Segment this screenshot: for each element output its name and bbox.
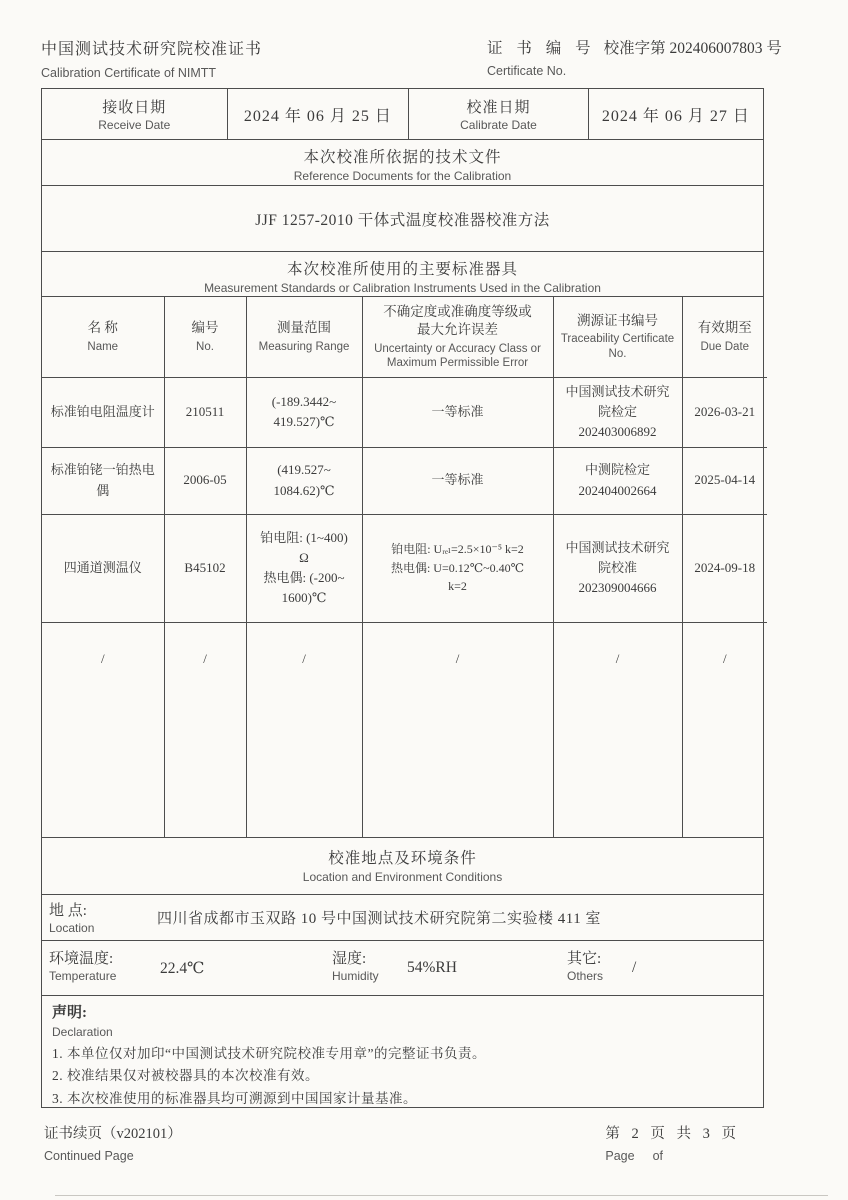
location-row: 地 点: Location 四川省成都市玉双路 10 号中国测试技术研究院第二实… bbox=[42, 894, 763, 940]
col-no-cn: 编号 bbox=[168, 319, 243, 337]
page-footer: 证书续页（v202101） Continued Page 第 2 页 共 3 页… bbox=[0, 1108, 848, 1163]
standards-section-header: 本次校准所使用的主要标准器具 Measurement Standards or … bbox=[42, 251, 763, 296]
certificate-number-label-cn: 证 书 编 号 bbox=[487, 40, 596, 57]
col-header-due: 有效期至 Due Date bbox=[682, 297, 767, 377]
continued-page-cn: 证书续页（v202101） bbox=[44, 1122, 182, 1143]
col-uncertainty-cn: 不确定度或准确度等级或 最大允许误差 bbox=[366, 303, 550, 339]
row3-no: B45102 bbox=[164, 514, 246, 622]
row1-no: 210511 bbox=[164, 377, 246, 447]
calibrate-date-label-cn: 校准日期 bbox=[467, 96, 531, 117]
declaration-item-3: 3. 本次校准使用的标准器具均可溯源到中国国家计量基准。 bbox=[52, 1088, 753, 1110]
col-name-en: Name bbox=[45, 340, 161, 354]
col-due-en: Due Date bbox=[686, 340, 765, 354]
environment-row: 环境温度: Temperature 22.4℃ 湿度: Humidity 54%… bbox=[42, 940, 763, 995]
col-header-traceability: 溯源证书编号 Traceability Certificate No. bbox=[553, 297, 682, 377]
standards-table: 名 称 Name 编号 No. 测量范围 Measuring Range 不确定… bbox=[42, 297, 767, 837]
row3-due: 2024-09-18 bbox=[682, 514, 767, 622]
calibrate-date-label-en: Calibrate Date bbox=[460, 118, 537, 132]
receive-date-label-cell: 接收日期 Receive Date bbox=[42, 89, 227, 139]
others-label-cn: 其它: bbox=[567, 947, 603, 968]
row2-range: (419.527~ 1084.62)℃ bbox=[246, 447, 362, 514]
temperature-value: 22.4℃ bbox=[160, 959, 204, 978]
humidity-label-block: 湿度: Humidity bbox=[332, 947, 379, 983]
standards-table-wrap: 名 称 Name 编号 No. 测量范围 Measuring Range 不确定… bbox=[42, 296, 763, 837]
location-label-block: 地 点: Location bbox=[49, 899, 94, 935]
document-header: 中国测试技术研究院校准证书 Calibration Certificate of… bbox=[0, 0, 848, 80]
col-header-no: 编号 No. bbox=[164, 297, 246, 377]
others-value: / bbox=[632, 959, 636, 977]
row2-uncertainty: 一等标准 bbox=[362, 447, 553, 514]
location-section-header: 校准地点及环境条件 Location and Environment Condi… bbox=[42, 837, 763, 894]
row1-range: (-189.3442~ 419.527)℃ bbox=[246, 377, 362, 447]
location-section-title-cn: 校准地点及环境条件 bbox=[42, 846, 763, 868]
standards-section-title-en: Measurement Standards or Calibration Ins… bbox=[42, 281, 763, 295]
reference-document-text: JJF 1257-2010 干体式温度校准器校准方法 bbox=[42, 185, 763, 251]
col-name-cn: 名 称 bbox=[45, 319, 161, 337]
reference-section-title-en: Reference Documents for the Calibration bbox=[42, 169, 763, 183]
issuer-title-cn: 中国测试技术研究院校准证书 bbox=[41, 36, 262, 59]
page-number-block: 第 2 页 共 3 页 Pageof bbox=[605, 1122, 740, 1163]
receive-date-label-en: Receive Date bbox=[98, 118, 170, 132]
standards-row-4: / / / / / / bbox=[42, 622, 767, 837]
certificate-number-value: 校准字第 202406007803 号 bbox=[604, 40, 782, 57]
humidity-value: 54%RH bbox=[407, 959, 457, 977]
location-value: 四川省成都市玉双路 10 号中国测试技术研究院第二实验楼 411 室 bbox=[157, 907, 601, 928]
row1-traceability: 中国测试技术研究 院检定 202403006892 bbox=[553, 377, 682, 447]
reference-section-title-cn: 本次校准所依据的技术文件 bbox=[42, 145, 763, 167]
col-header-range: 测量范围 Measuring Range bbox=[246, 297, 362, 377]
declaration-title-cn: 声明: bbox=[52, 1001, 753, 1022]
temperature-label-cn: 环境温度: bbox=[49, 947, 116, 968]
certificate-number-label-en: Certificate No. bbox=[487, 64, 792, 78]
row4-traceability: / bbox=[553, 622, 682, 837]
of-word: of bbox=[653, 1149, 663, 1163]
row3-name: 四通道测温仪 bbox=[42, 514, 164, 622]
calibrate-date-label-cell: 校准日期 Calibrate Date bbox=[408, 89, 588, 139]
temperature-label-block: 环境温度: Temperature bbox=[49, 947, 116, 983]
row2-name: 标准铂铑一铂热电 偶 bbox=[42, 447, 164, 514]
col-range-cn: 测量范围 bbox=[250, 319, 359, 337]
row2-no: 2006-05 bbox=[164, 447, 246, 514]
calibration-certificate-page: 中国测试技术研究院校准证书 Calibration Certificate of… bbox=[0, 0, 848, 1200]
calibrate-date-value-cell: 2024 年 06 月 27 日 bbox=[588, 89, 763, 139]
standards-row-2: 标准铂铑一铂热电 偶 2006-05 (419.527~ 1084.62)℃ 一… bbox=[42, 447, 767, 514]
col-range-en: Measuring Range bbox=[250, 340, 359, 354]
receive-date-label-cn: 接收日期 bbox=[102, 96, 166, 117]
row1-due: 2026-03-21 bbox=[682, 377, 767, 447]
page-number-cn: 第 2 页 共 3 页 bbox=[605, 1122, 740, 1143]
col-header-uncertainty: 不确定度或准确度等级或 最大允许误差 Uncertainty or Accura… bbox=[362, 297, 553, 377]
standards-row-3: 四通道测温仪 B45102 铂电阻: (1~400) Ω 热电偶: (-200~… bbox=[42, 514, 767, 622]
row4-name: / bbox=[42, 622, 164, 837]
temperature-label-en: Temperature bbox=[49, 969, 116, 983]
row2-due: 2025-04-14 bbox=[682, 447, 767, 514]
location-section-title-en: Location and Environment Conditions bbox=[42, 870, 763, 884]
certificate-number-line: 证 书 编 号校准字第 202406007803 号 bbox=[487, 36, 792, 58]
continued-page-en: Continued Page bbox=[44, 1149, 182, 1163]
row2-traceability: 中测院检定 202404002664 bbox=[553, 447, 682, 514]
declaration-item-2: 2. 校准结果仅对被校器具的本次校准有效。 bbox=[52, 1065, 753, 1087]
row4-uncertainty: / bbox=[362, 622, 553, 837]
issuer-title-en: Calibration Certificate of NIMTT bbox=[41, 66, 262, 80]
certificate-number-block: 证 书 编 号校准字第 202406007803 号 Certificate N… bbox=[487, 36, 792, 78]
continued-page-block: 证书续页（v202101） Continued Page bbox=[44, 1122, 182, 1163]
others-label-en: Others bbox=[567, 969, 603, 983]
location-label-en: Location bbox=[49, 921, 94, 935]
declaration-item-1: 1. 本单位仅对加印“中国测试技术研究院校准专用章”的完整证书负责。 bbox=[52, 1043, 753, 1065]
col-traceability-cn: 溯源证书编号 bbox=[557, 312, 679, 330]
row4-range: / bbox=[246, 622, 362, 837]
row4-no: / bbox=[164, 622, 246, 837]
humidity-label-cn: 湿度: bbox=[332, 947, 379, 968]
scan-edge-line bbox=[55, 1195, 828, 1196]
dates-row: 接收日期 Receive Date 2024 年 06 月 25 日 校准日期 … bbox=[42, 89, 763, 139]
col-traceability-en: Traceability Certificate No. bbox=[557, 332, 679, 361]
declaration-title-en: Declaration bbox=[52, 1025, 753, 1039]
col-uncertainty-en: Uncertainty or Accuracy Class or Maximum… bbox=[366, 342, 550, 371]
col-due-cn: 有效期至 bbox=[686, 319, 765, 337]
certificate-body-table: 接收日期 Receive Date 2024 年 06 月 25 日 校准日期 … bbox=[41, 88, 764, 1108]
row3-traceability: 中国测试技术研究 院校准 202309004666 bbox=[553, 514, 682, 622]
row1-name: 标准铂电阻温度计 bbox=[42, 377, 164, 447]
receive-date-value-cell: 2024 年 06 月 25 日 bbox=[227, 89, 409, 139]
issuer-title-block: 中国测试技术研究院校准证书 Calibration Certificate of… bbox=[41, 36, 262, 80]
standards-header-row: 名 称 Name 编号 No. 测量范围 Measuring Range 不确定… bbox=[42, 297, 767, 377]
page-word: Page bbox=[605, 1149, 634, 1163]
row1-uncertainty: 一等标准 bbox=[362, 377, 553, 447]
col-no-en: No. bbox=[168, 340, 243, 354]
standards-section-title-cn: 本次校准所使用的主要标准器具 bbox=[42, 257, 763, 279]
row3-uncertainty: 铂电阻: Uᵣₑₗ=2.5×10⁻⁵ k=2 热电偶: U=0.12℃~0.40… bbox=[362, 514, 553, 622]
calibrate-date-value: 2024 年 06 月 27 日 bbox=[602, 103, 750, 126]
row3-range: 铂电阻: (1~400) Ω 热电偶: (-200~ 1600)℃ bbox=[246, 514, 362, 622]
location-label-cn: 地 点: bbox=[49, 899, 94, 920]
standards-row-1: 标准铂电阻温度计 210511 (-189.3442~ 419.527)℃ 一等… bbox=[42, 377, 767, 447]
others-label-block: 其它: Others bbox=[567, 947, 603, 983]
humidity-label-en: Humidity bbox=[332, 969, 379, 983]
receive-date-value: 2024 年 06 月 25 日 bbox=[244, 103, 392, 126]
col-header-name: 名 称 Name bbox=[42, 297, 164, 377]
page-number-en: Pageof bbox=[605, 1149, 740, 1163]
declaration-section: 声明: Declaration 1. 本单位仅对加印“中国测试技术研究院校准专用… bbox=[42, 995, 763, 1107]
reference-section-header: 本次校准所依据的技术文件 Reference Documents for the… bbox=[42, 139, 763, 185]
row4-due: / bbox=[682, 622, 767, 837]
